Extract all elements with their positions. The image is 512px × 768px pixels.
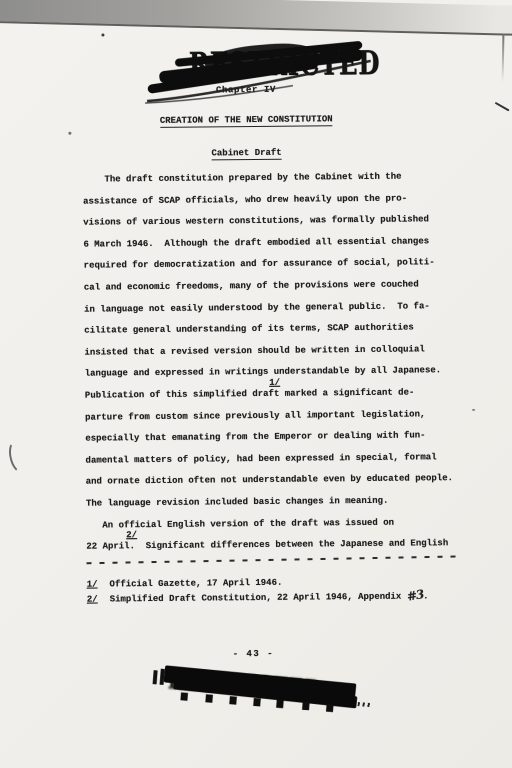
strike-swoosh bbox=[142, 35, 378, 107]
paragraph-2-line-2: 2/22 April. Significant differences betw… bbox=[86, 533, 453, 558]
letter-stem bbox=[205, 694, 213, 703]
body-line: cilitate general understanding of its te… bbox=[84, 317, 451, 342]
letter-stem bbox=[302, 702, 310, 711]
paragraph-1-part-b: parture from custom since previously all… bbox=[85, 404, 453, 515]
speck bbox=[68, 132, 71, 135]
footnote-2: 2/Simplified Draft Constitution, 22 Apri… bbox=[87, 588, 429, 606]
letter-stem bbox=[160, 669, 165, 685]
paragraph-1-part-a: The draft constitution prepared by the C… bbox=[83, 166, 452, 385]
speck bbox=[101, 33, 104, 36]
speck bbox=[472, 409, 475, 411]
section-heading: Cabinet Draft bbox=[0, 146, 495, 163]
letter-stem bbox=[253, 698, 261, 707]
body-line: especially that emanating from the Emper… bbox=[85, 425, 452, 450]
pen-mark-left-paren bbox=[6, 438, 32, 475]
footnotes: 1/Official Gazette, 17 April 1946. 2/Sim… bbox=[87, 575, 429, 605]
document-title: CREATION OF THE NEW CONSTITUTION bbox=[0, 113, 494, 130]
stamp-trailing-dots bbox=[358, 702, 372, 707]
body-paragraphs: The draft constitution prepared by the C… bbox=[83, 166, 454, 558]
letter-stem bbox=[326, 704, 334, 713]
body-line: and ornate diction often not understanda… bbox=[86, 468, 453, 493]
letter-stem bbox=[276, 700, 284, 709]
body-line: The draft constitution prepared by the C… bbox=[83, 166, 450, 191]
pen-mark-right-tick bbox=[495, 102, 510, 112]
body-line: cal and economic freedoms, many of the p… bbox=[84, 274, 451, 299]
letter-stem bbox=[180, 692, 188, 701]
handwritten-appendix-number: #3 bbox=[406, 588, 424, 603]
letter-stem bbox=[229, 696, 237, 705]
footnote-ref-2: 2/ bbox=[126, 525, 137, 547]
page-content: RESTRICTED Chapter IV CREATION OF THE NE… bbox=[0, 0, 512, 768]
restricted-stamp-bottom-body: RESTRICTED bbox=[149, 653, 371, 730]
body-line-with-footnote-ref-1: Publication of this simplified draft1/ m… bbox=[85, 382, 452, 407]
restricted-stamp-bottom: RESTRICTED bbox=[151, 651, 370, 713]
letter-stem bbox=[153, 670, 158, 684]
restricted-stamp-top: RESTRICTED bbox=[142, 35, 378, 107]
